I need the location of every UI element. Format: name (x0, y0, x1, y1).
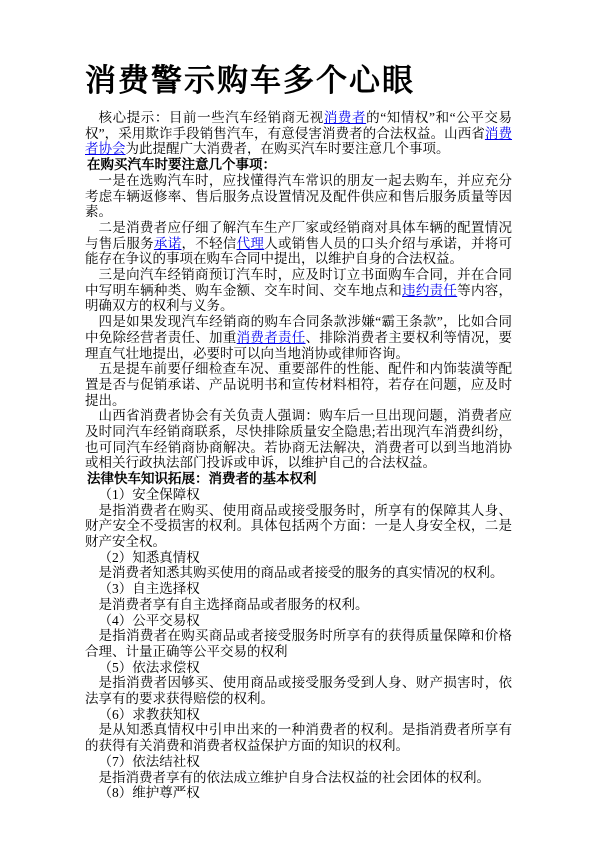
paragraph: （2）知悉真情权 (85, 550, 512, 566)
paragraph: （1）安全保障权 (85, 487, 512, 503)
document-page: 消费警示购车多个心眼 核心提示：目前一些汽车经销商无视消费者的“知情权”和“公平… (0, 0, 595, 842)
text-run: ，不轻信 (182, 236, 237, 251)
paragraph: 是消费者享有自主选择商品或者服务的权利。 (85, 597, 512, 613)
paragraph: （6）求教获知权 (85, 707, 512, 723)
paragraph: 二是消费者应仔细了解汽车生产厂家或经销商对具体车辆的配置情况与售后服务承诺，不轻… (85, 220, 512, 267)
paragraph: 四是如果发现汽车经销商的购车合同条款涉嫌“霸王条款”，比如合同中免除经营者责任、… (85, 314, 512, 361)
paragraph: 是消费者知悉其购买使用的商品或者接受的服务的真实情况的权利。 (85, 565, 512, 581)
text-run: 是指消费者在购买商品或者接受服务时所享有的获得质量保障和价格合理、计量正确等公平… (85, 628, 512, 659)
document-title: 消费警示购车多个心眼 (85, 62, 512, 100)
section-heading: 法律快车知识拓展：消费者的基本权利 (85, 471, 512, 487)
paragraph: 三是向汽车经销商预订汽车时，应及时订立书面购车合同，并在合同中写明车辆种类、购车… (85, 267, 512, 314)
paragraph: 山西省消费者协会有关负责人强调：购车后一旦出现问题，消费者应及时同汽车经销商联系… (85, 408, 512, 471)
inline-link[interactable]: 违约责任 (402, 283, 457, 298)
paragraph: 是指消费者在购买、使用商品或接受服务时，所享有的保障其人身、财产安全不受损害的权… (85, 503, 512, 550)
inline-link[interactable]: 承诺 (154, 236, 182, 251)
section-heading: 在购买汽车时要注意几个事项： (85, 157, 512, 173)
text-run: （4）公平交易权 (99, 613, 200, 628)
text-run: （3）自主选择权 (99, 581, 200, 596)
paragraph: 五是提车前要仔细检查车况、重要部件的性能、配件和内饰装潢等配置是否与促销承诺、产… (85, 361, 512, 408)
text-run: 是指消费者在购买、使用商品或接受服务时，所享有的保障其人身、财产安全不受损害的权… (85, 503, 512, 549)
text-run: 在购买汽车时要注意几个事项： (87, 157, 276, 172)
document-content: 消费警示购车多个心眼 核心提示：目前一些汽车经销商无视消费者的“知情权”和“公平… (85, 62, 512, 801)
text-run: （2）知悉真情权 (99, 550, 200, 565)
text-run: 山西省消费者协会有关负责人强调：购车后一旦出现问题，消费者应及时同汽车经销商联系… (85, 408, 512, 470)
paragraph: 是指消费者享有的依法成立维护自身合法权益的社会团体的权利。 (85, 770, 512, 786)
article-body: 核心提示：目前一些汽车经销商无视消费者的“知情权”和“公平交易权”，采用欺诈手段… (85, 110, 512, 801)
text-run: （7）依法结社权 (99, 754, 200, 769)
paragraph: 是从知悉真情权中引申出来的一种消费者的权利。是指消费者所享有的获得有关消费和消费… (85, 722, 512, 753)
text-run: （5）依法求偿权 (99, 660, 200, 675)
paragraph: （5）依法求偿权 (85, 660, 512, 676)
inline-link[interactable]: 代理 (237, 236, 265, 251)
paragraph: 核心提示：目前一些汽车经销商无视消费者的“知情权”和“公平交易权”，采用欺诈手段… (85, 110, 512, 157)
text-run: 核心提示：目前一些汽车经销商无视 (99, 110, 324, 125)
text-run: 是从知悉真情权中引申出来的一种消费者的权利。是指消费者所享有的获得有关消费和消费… (85, 722, 512, 753)
paragraph: （3）自主选择权 (85, 581, 512, 597)
text-run: 一是在选购汽车时，应找懂得汽车常识的朋友一起去购车，并应充分考虑车辆返修率、售后… (85, 173, 512, 219)
inline-link[interactable]: 消费者责任 (237, 330, 306, 345)
text-run: 是消费者享有自主选择商品或者服务的权利。 (99, 597, 369, 612)
text-run: （6）求教获知权 (99, 707, 200, 722)
text-run: 法律快车知识拓展：消费者的基本权利 (87, 471, 317, 486)
paragraph: 是指消费者在购买商品或者接受服务时所享有的获得质量保障和价格合理、计量正确等公平… (85, 628, 512, 659)
paragraph: 一是在选购汽车时，应找懂得汽车常识的朋友一起去购车，并应充分考虑车辆返修率、售后… (85, 173, 512, 220)
text-run: 是指消费者因够买、使用商品或接受服务受到人身、财产损害时，依法享有的要求获得赔偿… (85, 675, 512, 706)
text-run: 是指消费者享有的依法成立维护自身合法权益的社会团体的权利。 (99, 770, 491, 785)
paragraph: （8）维护尊严权 (85, 785, 512, 801)
text-run: 为此提醒广大消费者，在购买汽车时要注意几个事项。 (126, 141, 450, 156)
text-run: 是消费者知悉其购买使用的商品或者接受的服务的真实情况的权利。 (99, 565, 504, 580)
text-run: （1）安全保障权 (99, 487, 200, 502)
paragraph: （7）依法结社权 (85, 754, 512, 770)
text-run: （8）维护尊严权 (99, 785, 200, 800)
text-run: 五是提车前要仔细检查车况、重要部件的性能、配件和内饰装潢等配置是否与促销承诺、产… (85, 361, 512, 407)
inline-link[interactable]: 消费者 (324, 110, 366, 125)
paragraph: 是指消费者因够买、使用商品或接受服务受到人身、财产损害时，依法享有的要求获得赔偿… (85, 675, 512, 706)
paragraph: （4）公平交易权 (85, 613, 512, 629)
